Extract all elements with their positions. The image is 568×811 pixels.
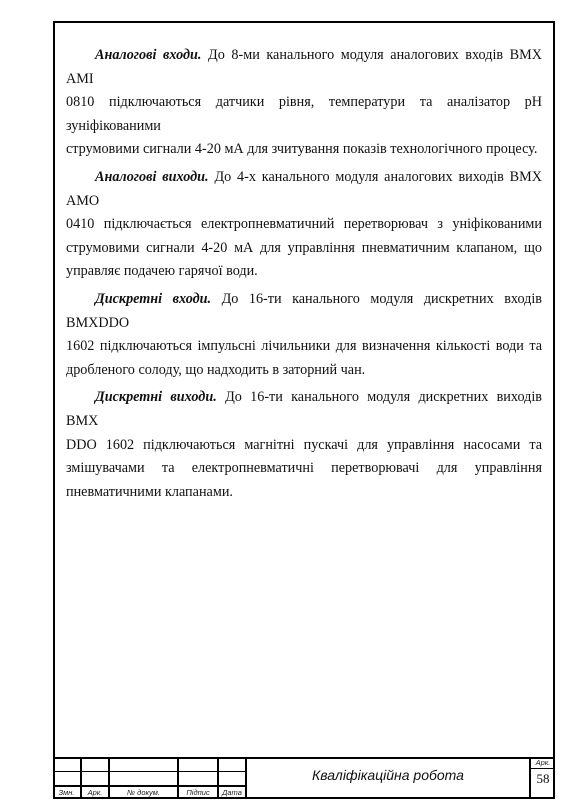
paragraph-analog-inputs: Аналогові входи. До 8-ми канального моду… [66,44,542,162]
label-zmin: Змн. [53,788,80,797]
text-line: Аналогові виходи. До 4-х канального моду… [66,166,542,213]
paragraph-discrete-inputs: Дискретні входи. До 16-ти канального мод… [66,288,542,382]
title-block-col-divider [245,757,247,799]
sheet-divider [531,768,555,769]
label-ark: Арк. [82,788,108,797]
label-date: Дата [219,788,245,797]
document-title: Кваліфікаційна робота [248,767,528,783]
text-line: DDO 1602 підключаються магнітні пускачі … [66,434,542,458]
paragraph-analog-outputs: Аналогові виходи. До 4-х канального моду… [66,166,542,284]
sheet-number-box: Арк. 58 [529,757,555,799]
paragraph-discrete-outputs: Дискретні виходи. До 16-ти канального мо… [66,386,542,504]
label-doc-no: № докум. [110,788,177,797]
text-line: дробленого солоду, що надходить в заторн… [66,359,542,383]
text-line: струмовими сигнали 4-20 мА для зчитуванн… [66,138,542,162]
document-body: Аналогові входи. До 8-ми канального моду… [66,44,542,508]
text-line: 0410 підключається електропневматичний п… [66,213,542,237]
label-signature: Підпис [179,788,217,797]
text-line: струмовими сигнали 4-20 мА для управлінн… [66,237,542,261]
text-line: 1602 підключаються імпульсні лічильники … [66,335,542,359]
sheet-number: 58 [531,771,555,787]
text-line: Дискретні входи. До 16-ти канального мод… [66,288,542,335]
paragraph-heading: Дискретні входи. [95,291,211,307]
text-line: Аналогові входи. До 8-ми канального моду… [66,44,542,91]
text-line: управляє подачею гарячої води. [66,260,542,284]
text-line: 0810 підключаються датчики рівня, темпер… [66,91,542,138]
title-block: Змн. Арк. № докум. Підпис Дата Кваліфіка… [53,757,555,799]
text-line: змішувачами та електропневматичні перетв… [66,457,542,481]
paragraph-heading: Аналогові входи. [95,47,201,63]
sheet-label: Арк. [531,758,555,767]
paragraph-heading: Аналогові виходи. [95,169,209,185]
paragraph-heading: Дискретні виходи. [95,389,217,405]
text-line: Дискретні виходи. До 16-ти канального мо… [66,386,542,433]
text-line: пневматичними клапанами. [66,481,542,505]
